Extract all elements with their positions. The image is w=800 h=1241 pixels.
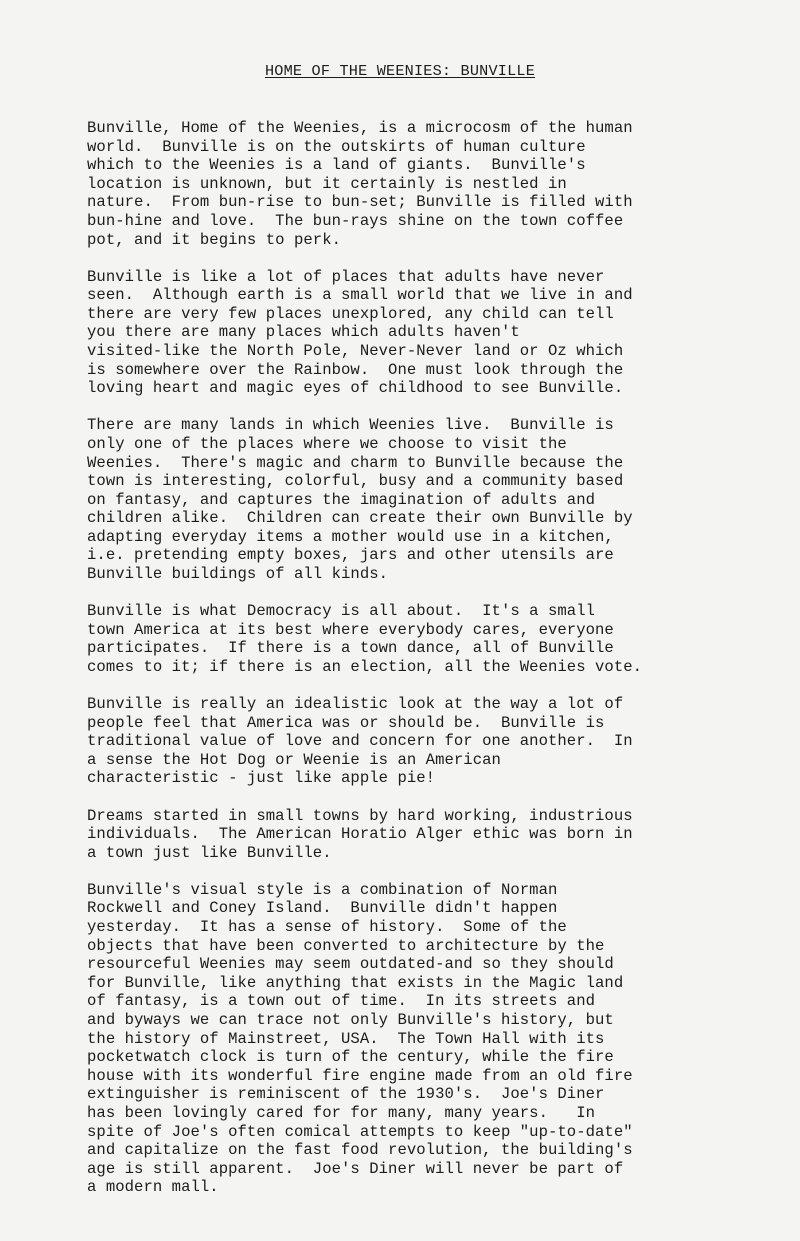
paragraph-many-lands: There are many lands in which Weenies li… [87,416,787,583]
paragraph-democracy: Bunville is what Democracy is all about.… [87,602,787,676]
document-title: HOME OF THE WEENIES: BUNVILLE [0,62,800,80]
paragraph-idealistic: Bunville is really an idealistic look at… [87,695,787,788]
document-page: HOME OF THE WEENIES: BUNVILLE Bunville, … [0,0,800,1241]
paragraph-dreams: Dreams started in small towns by hard wo… [87,807,787,863]
document-body: Bunville, Home of the Weenies, is a micr… [87,119,787,1215]
paragraph-adults-never-seen: Bunville is like a lot of places that ad… [87,268,787,398]
paragraph-visual-style: Bunville's visual style is a combination… [87,881,787,1197]
paragraph-intro: Bunville, Home of the Weenies, is a micr… [87,119,787,249]
